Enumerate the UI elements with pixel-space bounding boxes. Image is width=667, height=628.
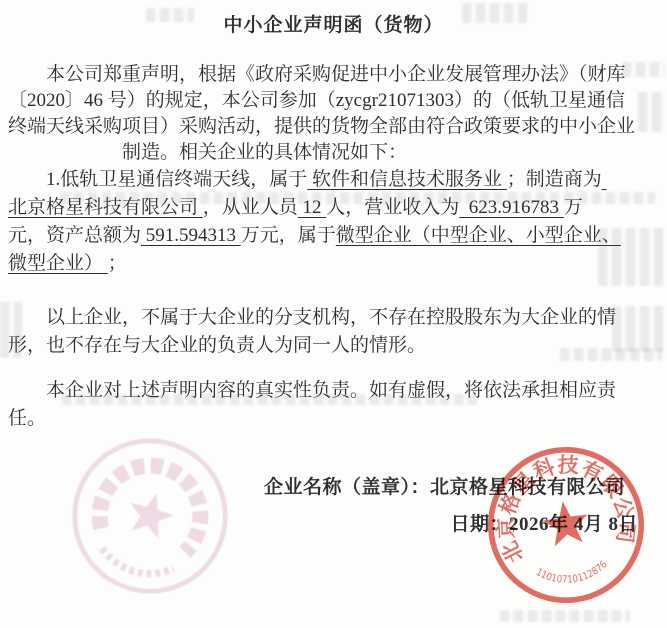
filled-in-value: 12 [298, 197, 327, 218]
signature-date-line: 日期：2026年 4月 8日 [264, 509, 640, 536]
body-paragraph: 本公司郑重声明，根据《政府采购促进中小企业发展管理办法》（财库〔2020〕46 … [8, 62, 661, 166]
filled-in-value: 591.594313 [141, 225, 241, 246]
text-run: ，从业人员 [203, 197, 298, 218]
filled-in-value: 微型企业（中型企业、小型企业、 [336, 225, 621, 246]
text-run: 形，也不存在与大企业的负责人为同一人的情形。 [8, 335, 426, 356]
text-run: 〔2020〕46 号）的规定，本公司参加（zycgr21071303）的（低轨卫… [8, 90, 625, 111]
text-run: 人，营业收入为 [326, 197, 459, 218]
signature-company-line: 企业名称（盖章）：北京格星科技有限公司 [264, 472, 640, 499]
document-body: 本公司郑重声明，根据《政府采购促进中小企业发展管理办法》（财库〔2020〕46 … [8, 62, 661, 433]
seal-serial-number: 11010710112876 [533, 557, 612, 590]
text-run: 万 [564, 197, 583, 218]
text-run: 本企业对上述声明内容的真实性负责。如有虚假，将依法承担相应责 [46, 380, 616, 401]
body-line: 1.低轨卫星通信终端天线，属于 软件和信息技术服务业 ；制造商为 [8, 166, 661, 194]
document-title: 中小企业声明函（货物） [0, 0, 667, 37]
faint-ghost-seal [51, 417, 249, 615]
text-run: 1.低轨卫星通信终端天线，属于 [46, 169, 307, 190]
body-line: 微型企业） ； [8, 250, 661, 278]
text-run: ； [108, 253, 127, 274]
body-line: 〔2020〕46 号）的规定，本公司参加（zycgr21071303）的（低轨卫… [8, 88, 661, 114]
body-line: 北京格星科技有限公司 ，从业人员 12 人，营业收入为 623.916783 万 [8, 194, 661, 222]
filled-in-value: 623.916783 [459, 197, 564, 218]
bleed-through-artifact [500, 610, 630, 622]
document-page: 中小企业声明函（货物） 本公司郑重声明，根据《政府采购促进中小企业发展管理办法》… [0, 0, 667, 628]
text-run: 任。 [8, 408, 46, 429]
body-line: 终端天线采购项目）采购活动，提供的货物全部由符合政策要求的中小企业 [8, 114, 661, 140]
body-line: 形，也不存在与大企业的负责人为同一人的情形。 [8, 332, 661, 360]
text-run: 万元，属于 [241, 225, 336, 246]
body-paragraph: 以上企业，不属于大企业的分支机构，不存在控股股东为大企业的情形，也不存在与大企业… [8, 304, 661, 360]
faint-seal-serial-marks [99, 548, 174, 581]
faint-seal-character-marks [95, 454, 213, 554]
filled-in-value [602, 169, 607, 190]
faint-seal-star-icon [123, 487, 179, 541]
body-paragraph: 1.低轨卫星通信终端天线，属于 软件和信息技术服务业 ；制造商为 北京格星科技有… [8, 166, 661, 278]
text-run: 本公司郑重声明，根据《政府采购促进中小企业发展管理办法》（财库 [46, 64, 626, 85]
text-run: 终端天线采购项目）采购活动，提供的货物全部由符合政策要求的中小企业 [8, 116, 635, 137]
body-line: 以上企业，不属于大企业的分支机构，不存在控股股东为大企业的情 [8, 304, 661, 332]
text-run: 元，资产总额为 [8, 225, 141, 246]
body-line: 本企业对上述声明内容的真实性负责。如有虚假，将依法承担相应责 [8, 377, 661, 405]
filled-in-value: 软件和信息技术服务业 [307, 169, 507, 190]
body-line: 制造。相关企业的具体情况如下： [8, 140, 661, 166]
filled-in-value: 北京格星科技有限公司 [8, 197, 203, 218]
body-line: 本公司郑重声明，根据《政府采购促进中小企业发展管理办法》（财库 [8, 62, 661, 88]
text-run: 以上企业，不属于大企业的分支机构，不存在控股股东为大企业的情 [46, 307, 616, 328]
text-run: ；制造商为 [507, 169, 602, 190]
body-paragraph: 本企业对上述声明内容的真实性负责。如有虚假，将依法承担相应责任。 [8, 377, 661, 433]
signature-block: 企业名称（盖章）：北京格星科技有限公司 日期：2026年 4月 8日 [264, 472, 640, 536]
faint-seal-ring [57, 423, 243, 609]
body-line: 任。 [8, 405, 661, 433]
body-line: 元，资产总额为 591.594313 万元，属于微型企业（中型企业、小型企业、 [8, 222, 661, 250]
text-run: 制造。相关企业的具体情况如下： [122, 142, 407, 163]
filled-in-value: 微型企业） [8, 253, 108, 274]
